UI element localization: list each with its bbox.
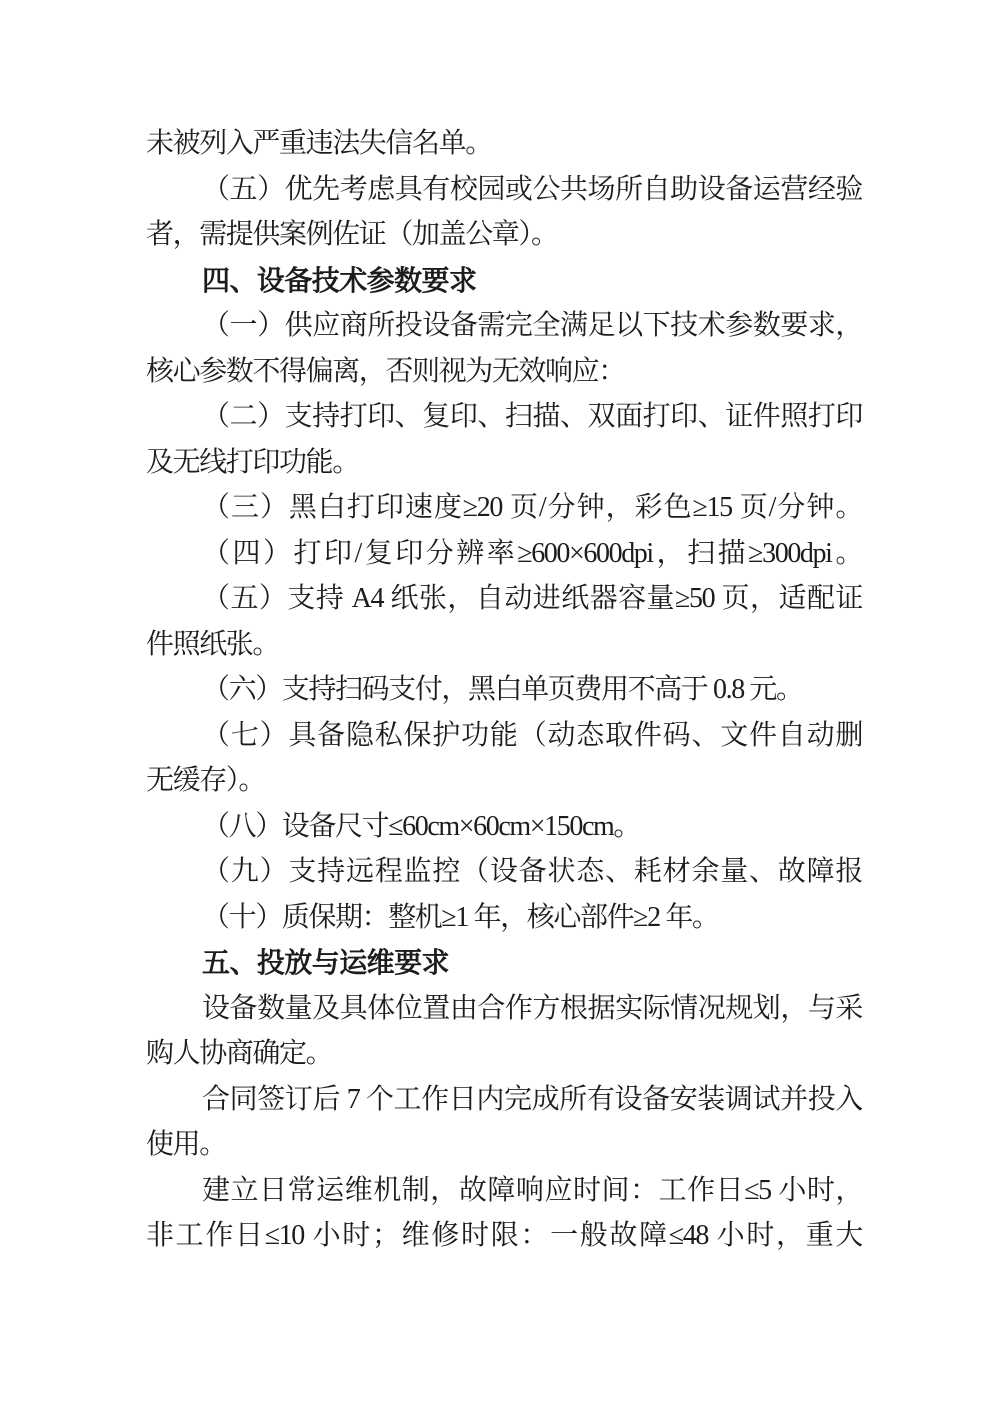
text-line: 合同签订后 7 个工作日内完成所有设备安装调试并投入 — [146, 1077, 862, 1123]
text-line: 及无线打印功能。 — [146, 440, 862, 486]
section-heading: 四、设备技术参数要求 — [146, 258, 862, 304]
text-line: （十）质保期：整机≥1 年，核心部件≥2 年。 — [146, 895, 862, 941]
text-line: 者，需提供案例佐证（加盖公章）。 — [146, 212, 862, 258]
text-line: 件照纸张。 — [146, 622, 862, 668]
text-line: 未被列入严重违法失信名单。 — [146, 121, 862, 167]
document-page: 未被列入严重违法失信名单。（五）优先考虑具有校园或公共场所自助设备运营经验者，需… — [0, 0, 992, 1403]
text-line: 建立日常运维机制，故障响应时间：工作日≤5 小时， — [146, 1168, 862, 1214]
text-line: （五）支持 A4 纸张，自动进纸器容量≥50 页，适配证 — [146, 576, 862, 622]
text-line: 购人协商确定。 — [146, 1031, 862, 1077]
text-line: （三）黑白打印速度≥20 页/分钟，彩色≥15 页/分钟。 — [146, 485, 862, 531]
text-line: （五）优先考虑具有校园或公共场所自助设备运营经验 — [146, 167, 862, 213]
text-line: （七）具备隐私保护功能（动态取件码、文件自动删除、 — [146, 713, 862, 759]
text-line: （四）打印/复印分辨率≥600×600dpi，扫描≥300dpi。 — [146, 531, 862, 577]
text-line: （九）支持远程监控（设备状态、耗材余量、故障报警）。 — [146, 849, 862, 895]
text-line: （八）设备尺寸≤60cm×60cm×150cm。 — [146, 804, 862, 850]
text-line: 核心参数不得偏离，否则视为无效响应： — [146, 349, 862, 395]
section-heading: 五、投放与运维要求 — [146, 940, 862, 986]
text-line: （二）支持打印、复印、扫描、双面打印、证件照打印 — [146, 394, 862, 440]
text-line: （一）供应商所投设备需完全满足以下技术参数要求， — [146, 303, 862, 349]
text-line: 设备数量及具体位置由合作方根据实际情况规划，与采 — [146, 986, 862, 1032]
text-line: 使用。 — [146, 1122, 862, 1168]
text-line: 无缓存）。 — [146, 758, 862, 804]
text-line: 非工作日≤10 小时；维修时限：一般故障≤48 小时，重大 — [146, 1213, 862, 1259]
document-body: 未被列入严重违法失信名单。（五）优先考虑具有校园或公共场所自助设备运营经验者，需… — [146, 121, 862, 1259]
text-line: （六）支持扫码支付，黑白单页费用不高于 0.8 元。 — [146, 667, 862, 713]
